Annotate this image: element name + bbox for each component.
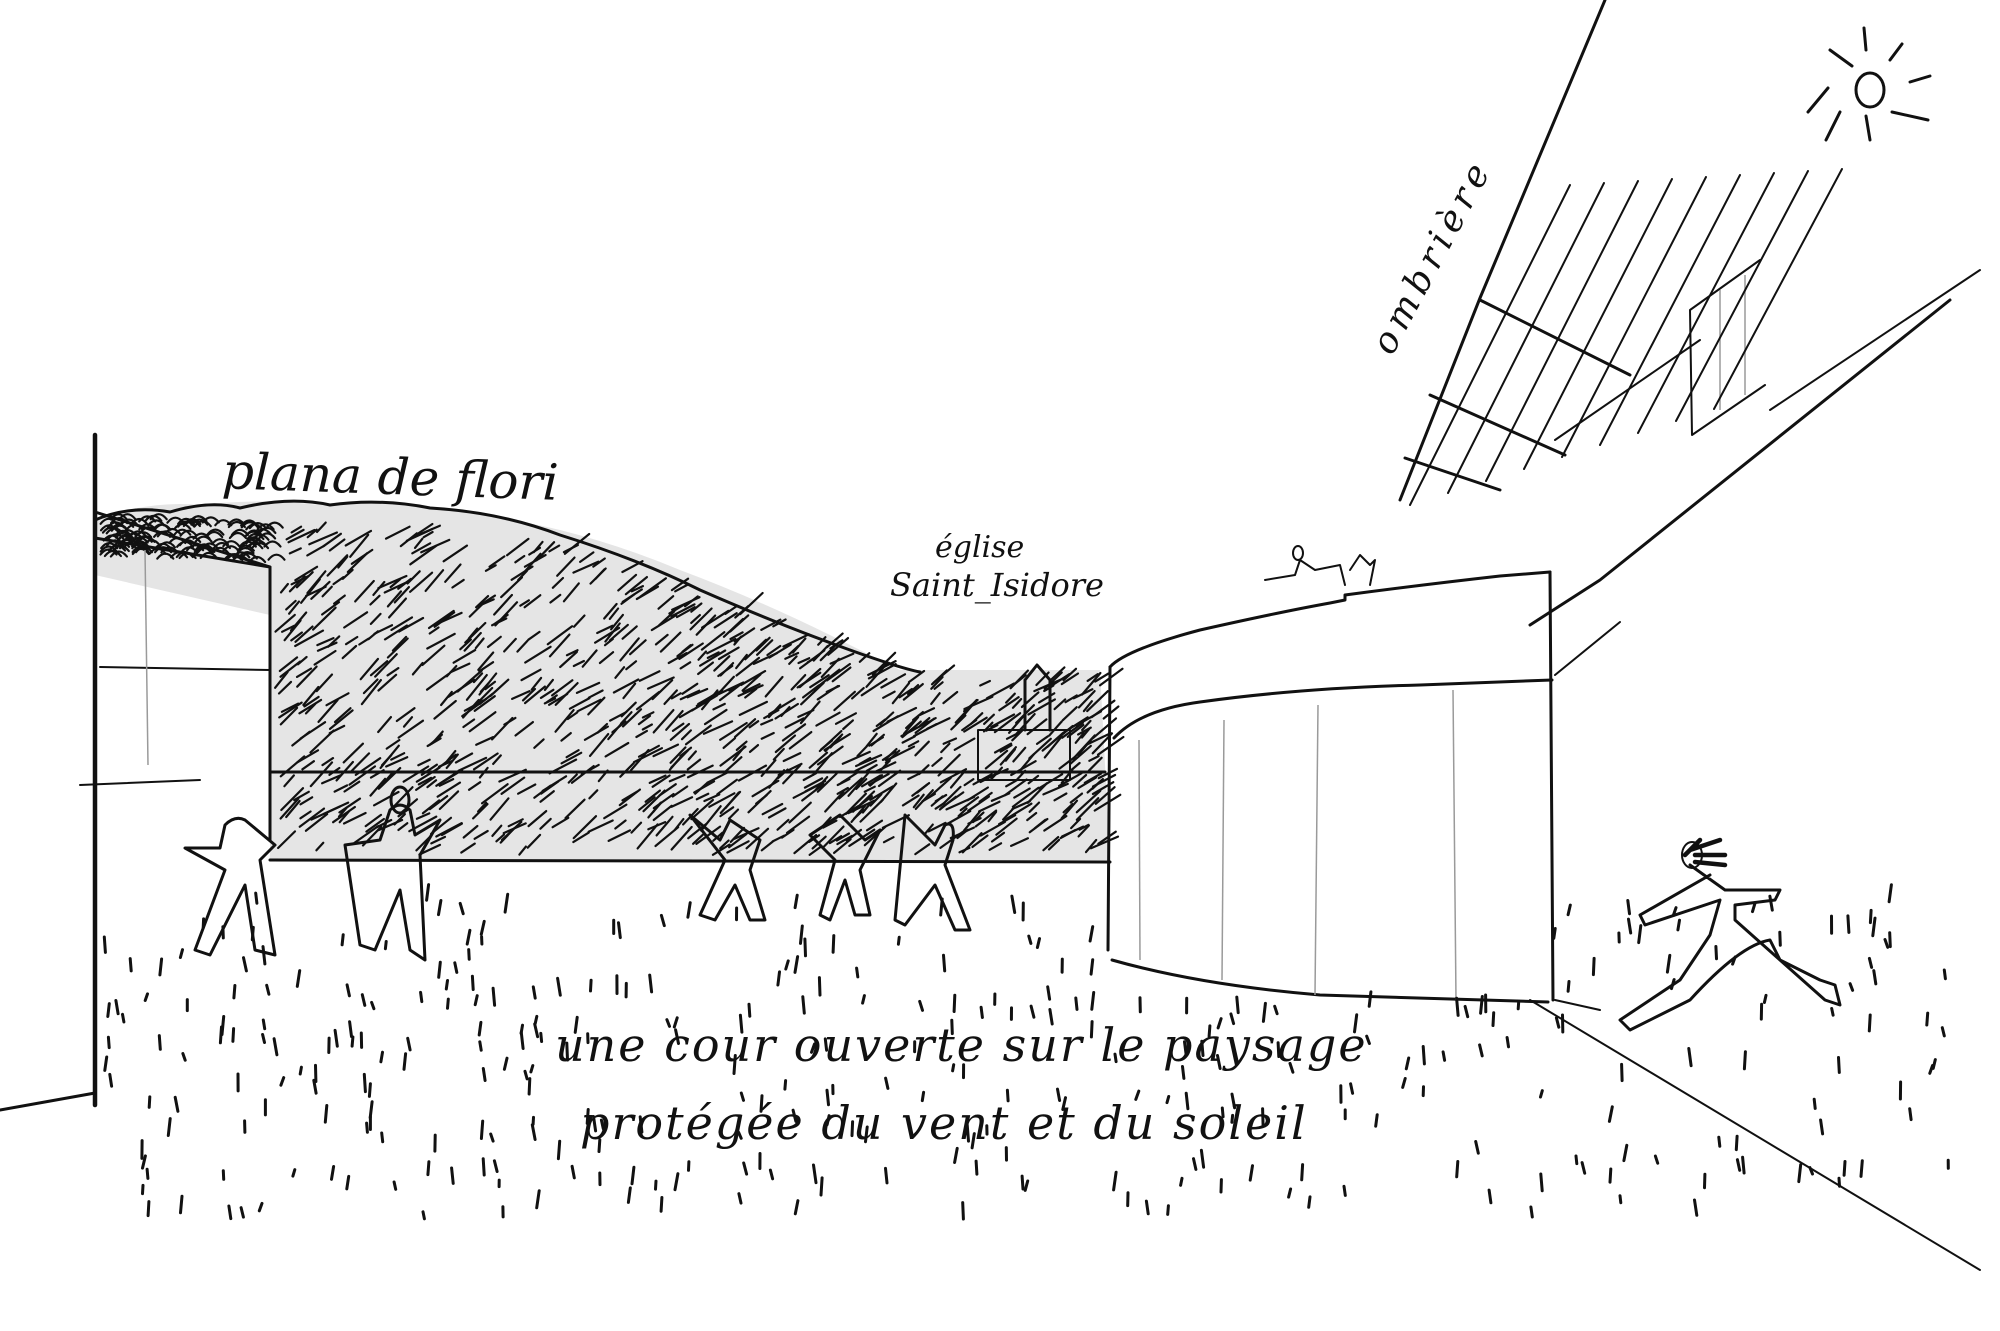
figure-1: [185, 818, 275, 955]
church-label-line2: Saint_Isidore: [890, 566, 1104, 604]
caption-line-2: protégée du vent et du soleil: [580, 1096, 1308, 1150]
right-building: [1108, 260, 1980, 1010]
caption-line-1: une cour ouverte sur le paysage: [555, 1018, 1368, 1072]
ground-line: [1530, 1000, 1980, 1270]
roof-figures: [1265, 546, 1375, 585]
landscape-label: plana de flori: [221, 442, 559, 512]
church-label-line1: église: [935, 530, 1024, 565]
sun-icon: [1808, 28, 1930, 140]
running-figure: [1620, 840, 1840, 1030]
canopy-ombriere: [1400, 0, 1950, 625]
